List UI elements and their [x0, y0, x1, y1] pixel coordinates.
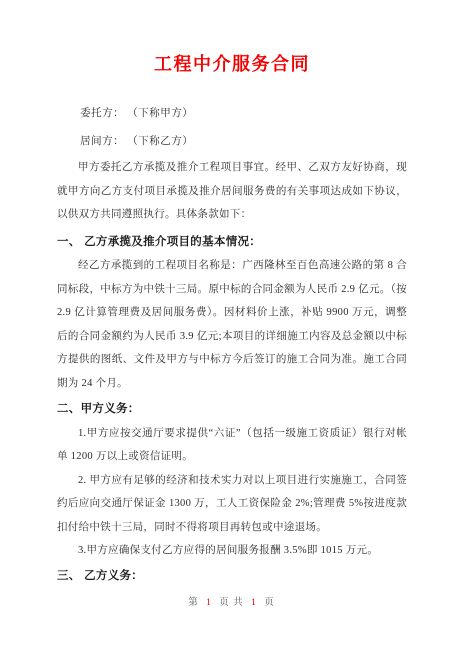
section-2-heading: 二、甲方义务： — [57, 398, 407, 422]
party-line-intermediary: 居间方： （下称乙方） — [57, 128, 407, 156]
section-2-item-2: 2. 甲方应有足够的经济和技术实力对以上项目进行实施施工，合同签约后应向交通厅保… — [57, 469, 407, 540]
section-2-item-1: 1.甲方应按交通厅要求提供“六证”（包括一级施工资质证）银行对帐单 1200 万… — [57, 422, 407, 469]
section-3-heading: 三、 乙方义务： — [57, 565, 407, 589]
footer-total-pages: 1 — [251, 598, 257, 608]
footer-middle: 页 共 — [219, 598, 243, 608]
party-line-client: 委托方： （下称甲方） — [57, 100, 407, 128]
footer-suffix: 页 — [264, 598, 275, 608]
document-title: 工程中介服务合同 — [57, 52, 407, 76]
intro-paragraph: 甲方委托乙方承揽及推介工程项目事宜。经甲、乙双方友好协商，现就甲方向乙方支付项目… — [57, 156, 407, 227]
footer-page-number: 1 — [206, 598, 212, 608]
party-block: 委托方： （下称甲方） 居间方： （下称乙方） — [57, 100, 407, 156]
page-footer: 第 1 页 共 1 页 — [0, 596, 463, 610]
section-2-item-3: 3.甲方应确保支付乙方应得的居间服务报酬 3.5%即 1015 万元。 — [57, 539, 407, 563]
footer-prefix: 第 — [188, 598, 199, 608]
section-1-paragraph: 经乙方承揽到的工程项目名称是：广西隆林至百色高速公路的第 8 合同标段，中标方为… — [57, 254, 407, 395]
contract-document: 工程中介服务合同 委托方： （下称甲方） 居间方： （下称乙方） 甲方委托乙方承… — [57, 0, 407, 588]
section-1-heading: 一、 乙方承揽及推介项目的基本情况： — [57, 231, 407, 255]
